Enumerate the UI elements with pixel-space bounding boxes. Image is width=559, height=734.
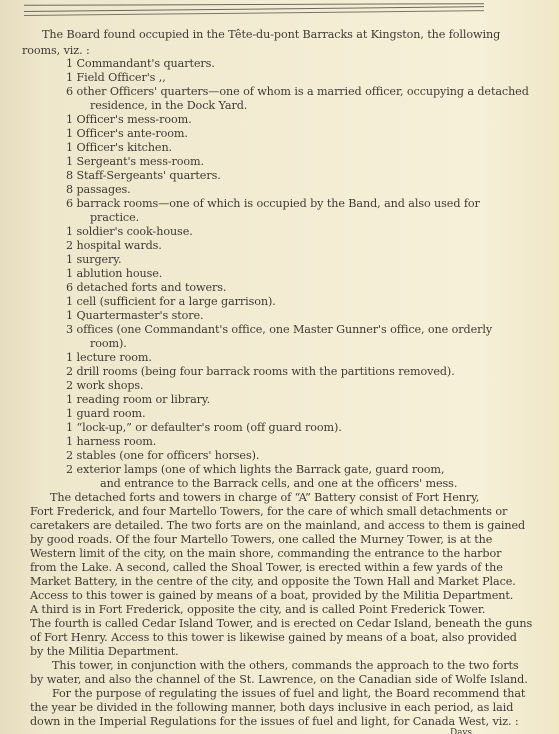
- forts-paragraph-line: by good roads. Of the four Martello Towe…: [30, 533, 492, 547]
- fuel-paragraph-line: down in the Imperial Regulations for the…: [30, 715, 519, 729]
- room-item: 3 offices (one Commandant's office, one …: [66, 323, 492, 337]
- room-item: 1 guard room.: [66, 407, 145, 421]
- forts-paragraph-line: by the Militia Department.: [30, 645, 179, 659]
- scanned-page: The Board found occupied in the Tête-du-…: [0, 0, 559, 734]
- forts-paragraph-line: of Fort Henry. Access to this tower is l…: [30, 631, 517, 645]
- room-item: 1 Officer's ante-room.: [66, 127, 188, 141]
- forts-paragraph-line: The detached forts and towers in charge …: [50, 491, 479, 505]
- room-item: 1 surgery.: [66, 253, 122, 267]
- fuel-paragraph-line: the year be divided in the following man…: [30, 701, 513, 715]
- room-item: 2 stables (one for officers' horses).: [66, 449, 259, 463]
- room-item: 2 drill rooms (being four barrack rooms …: [66, 365, 455, 379]
- room-item: 1 Sergeant's mess-room.: [66, 155, 204, 169]
- forts-paragraph-line: A third is in Fort Frederick, opposite t…: [30, 603, 485, 617]
- room-item: 8 Staff-Sergeants' quarters.: [66, 169, 221, 183]
- forts-paragraph-line: Fort Frederick, and four Martello Towers…: [30, 505, 507, 519]
- room-item: 1 Commandant's quarters.: [66, 57, 215, 71]
- room-item: 6 other Officers' quarters—one of whom i…: [66, 85, 529, 99]
- room-item-continuation: practice.: [90, 211, 139, 225]
- room-item: 1 Officer's kitchen.: [66, 141, 172, 155]
- room-item: 1 ablution house.: [66, 267, 162, 281]
- room-item: 1 reading room or library.: [66, 393, 210, 407]
- tower-paragraph-line: by water, and also the channel of the St…: [30, 673, 528, 687]
- room-item: 1 harness room.: [66, 435, 156, 449]
- fuel-paragraph-line: For the purpose of regulating the issues…: [52, 687, 525, 701]
- tower-paragraph-line: This tower, in conjunction with the othe…: [52, 659, 519, 673]
- room-item: 1 cell (sufficient for a large garrison)…: [66, 295, 276, 309]
- room-item: 1 Officer's mess-room.: [66, 113, 192, 127]
- room-item: 1 “lock-up,” or defaulter's room (off gu…: [66, 421, 342, 435]
- room-item: 2 exterior lamps (one of which lights th…: [66, 463, 444, 477]
- top-rule: [24, 3, 484, 6]
- forts-paragraph-line: caretakers are detailed. The two forts a…: [30, 519, 525, 533]
- room-item: 1 soldier's cook-house.: [66, 225, 193, 239]
- room-item: 6 detached forts and towers.: [66, 281, 226, 295]
- intro-line-1: The Board found occupied in the Tête-du-…: [42, 28, 500, 42]
- room-item-continuation: residence, in the Dock Yard.: [90, 99, 247, 113]
- forts-paragraph-line: Western limit of the city, on the main s…: [30, 547, 501, 561]
- room-item: 6 barrack rooms—one of which is occupied…: [66, 197, 480, 211]
- room-item: 2 work shops.: [66, 379, 144, 393]
- room-item-continuation: room).: [90, 337, 127, 351]
- forts-paragraph-line: Market Battery, in the centre of the cit…: [30, 575, 516, 589]
- forts-paragraph-line: Access to this tower is gained by means …: [30, 589, 513, 603]
- room-item: 8 passages.: [66, 183, 131, 197]
- room-item: 2 hospital wards.: [66, 239, 162, 253]
- room-item: 1 Field Officer's ,,: [66, 71, 166, 85]
- room-item-continuation: and entrance to the Barrack cells, and o…: [100, 477, 457, 491]
- days-column-header: Days.: [450, 726, 475, 734]
- room-item: 1 lecture room.: [66, 351, 152, 365]
- forts-paragraph-line: The fourth is called Cedar Island Tower,…: [30, 617, 532, 631]
- room-item: 1 Quartermaster's store.: [66, 309, 204, 323]
- forts-paragraph-line: from the Lake. A second, called the Shoa…: [30, 561, 503, 575]
